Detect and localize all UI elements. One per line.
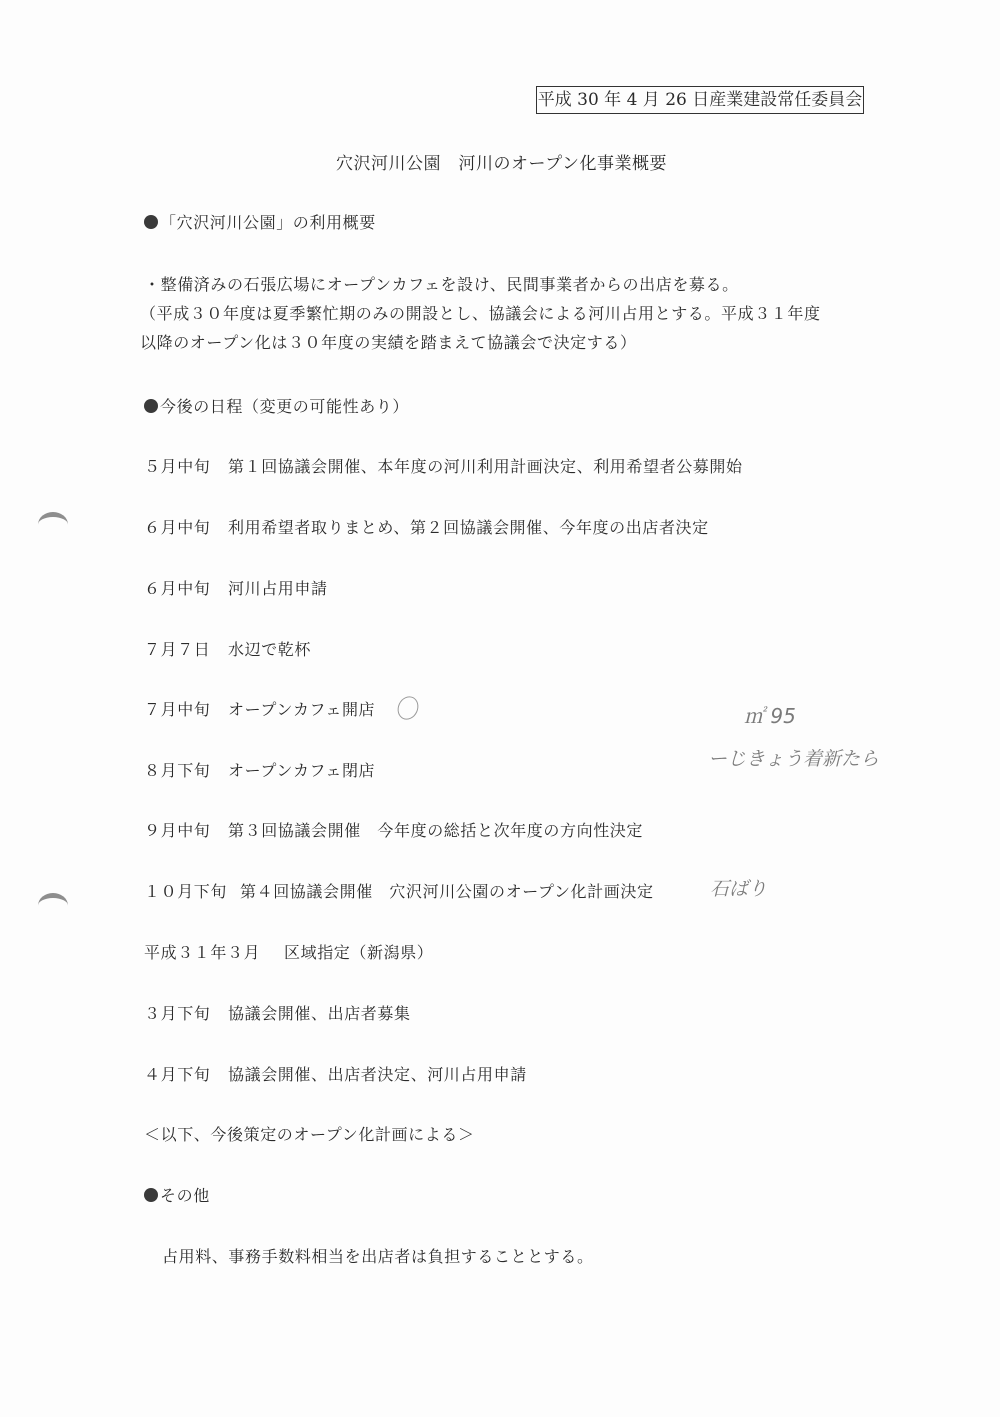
- document-page: 平成 30 年 4 月 26 日産業建設常任委員会 穴沢河川公園 河川のオープン…: [0, 0, 1000, 1417]
- handwritten-area-note: ㎡ 95: [744, 700, 796, 729]
- schedule-text: 第１回協議会開催、本年度の河川利用計画決定、利用希望者公募開始: [228, 457, 743, 476]
- bullet-circle-icon: [144, 215, 158, 229]
- other-text: 占用料、事務手数料相当を出店者は負担することとする。: [162, 1244, 594, 1267]
- bullet-circle-icon: [144, 399, 158, 413]
- schedule-item: ５月中旬第１回協議会開催、本年度の河川利用計画決定、利用希望者公募開始: [144, 454, 743, 477]
- schedule-date: ５月中旬: [144, 454, 228, 477]
- section-heading-text: 「穴沢河川公園」の利用概要: [160, 213, 376, 232]
- schedule-item: 平成３１年３月区域指定（新潟県）: [144, 940, 433, 963]
- schedule-item: ３月下旬協議会開催、出店者募集: [144, 1001, 411, 1024]
- section-heading-usage: 「穴沢河川公園」の利用概要: [144, 210, 376, 233]
- section-heading-text: 今後の日程（変更の可能性あり）: [160, 397, 409, 416]
- section-heading-text: その他: [160, 1186, 210, 1205]
- schedule-text: オープンカフェ閉店: [228, 761, 375, 780]
- schedule-item: ７月中旬オープンカフェ開店: [144, 697, 375, 720]
- schedule-date: １０月下旬: [144, 879, 240, 902]
- schedule-item: ７月７日水辺で乾杯: [144, 637, 311, 660]
- bullet-circle-icon: [144, 1188, 158, 1202]
- schedule-text: 水辺で乾杯: [228, 640, 311, 659]
- schedule-date: ７月７日: [144, 637, 228, 660]
- schedule-footnote: ＜以下、今後策定のオープン化計画による＞: [144, 1122, 475, 1145]
- schedule-item: ９月中旬第３回協議会開催 今年度の総括と次年度の方向性決定: [144, 818, 643, 841]
- handwritten-memo: ーじきょう着新たら: [708, 744, 879, 771]
- usage-bullet: ・整備済みの石張広場にオープンカフェを設け、民間事業者からの出店を募る。: [144, 272, 739, 295]
- schedule-text: 利用希望者取りまとめ、第２回協議会開催、今年度の出店者決定: [228, 518, 709, 537]
- schedule-date: ８月下旬: [144, 758, 228, 781]
- schedule-text: 第４回協議会開催 穴沢河川公園のオープン化計画決定: [240, 882, 654, 901]
- schedule-date: ６月中旬: [144, 515, 228, 538]
- schedule-date: ９月中旬: [144, 818, 228, 841]
- schedule-text: 第３回協議会開催 今年度の総括と次年度の方向性決定: [228, 821, 643, 840]
- schedule-item: ６月中旬利用希望者取りまとめ、第２回協議会開催、今年度の出店者決定: [144, 515, 709, 538]
- schedule-text: 協議会開催、出店者決定、河川占用申請: [228, 1065, 527, 1084]
- schedule-text: 河川占用申請: [228, 579, 328, 598]
- usage-note-line2: 以降のオープン化は３０年度の実績を踏まえて協議会で決定する）: [140, 330, 637, 353]
- schedule-text: 協議会開催、出店者募集: [228, 1004, 411, 1023]
- section-heading-other: その他: [144, 1183, 210, 1206]
- handwritten-circle-mark: [394, 693, 422, 723]
- handwritten-stone-note: 石ばり: [710, 874, 767, 901]
- schedule-text: オープンカフェ開店: [228, 700, 375, 719]
- schedule-text: 区域指定（新潟県）: [284, 943, 433, 962]
- usage-note-line1: （平成３０年度は夏季繁忙期のみの開設とし、協議会による河川占用とする。平成３１年…: [140, 301, 821, 324]
- punch-hole-mark: [38, 893, 68, 918]
- schedule-date: ３月下旬: [144, 1001, 228, 1024]
- schedule-date: 平成３１年３月: [144, 940, 284, 963]
- schedule-item: ６月中旬河川占用申請: [144, 576, 328, 599]
- schedule-date: ７月中旬: [144, 697, 228, 720]
- punch-hole-mark: [38, 512, 68, 537]
- schedule-date: ６月中旬: [144, 576, 228, 599]
- schedule-date: ４月下旬: [144, 1062, 228, 1085]
- committee-date-stamp: 平成 30 年 4 月 26 日産業建設常任委員会: [536, 86, 864, 114]
- schedule-item: ４月下旬協議会開催、出店者決定、河川占用申請: [144, 1062, 527, 1085]
- schedule-item: ８月下旬オープンカフェ閉店: [144, 758, 375, 781]
- section-heading-schedule: 今後の日程（変更の可能性あり）: [144, 394, 409, 417]
- schedule-item: １０月下旬第４回協議会開催 穴沢河川公園のオープン化計画決定: [144, 879, 654, 902]
- document-title: 穴沢河川公園 河川のオープン化事業概要: [336, 149, 667, 174]
